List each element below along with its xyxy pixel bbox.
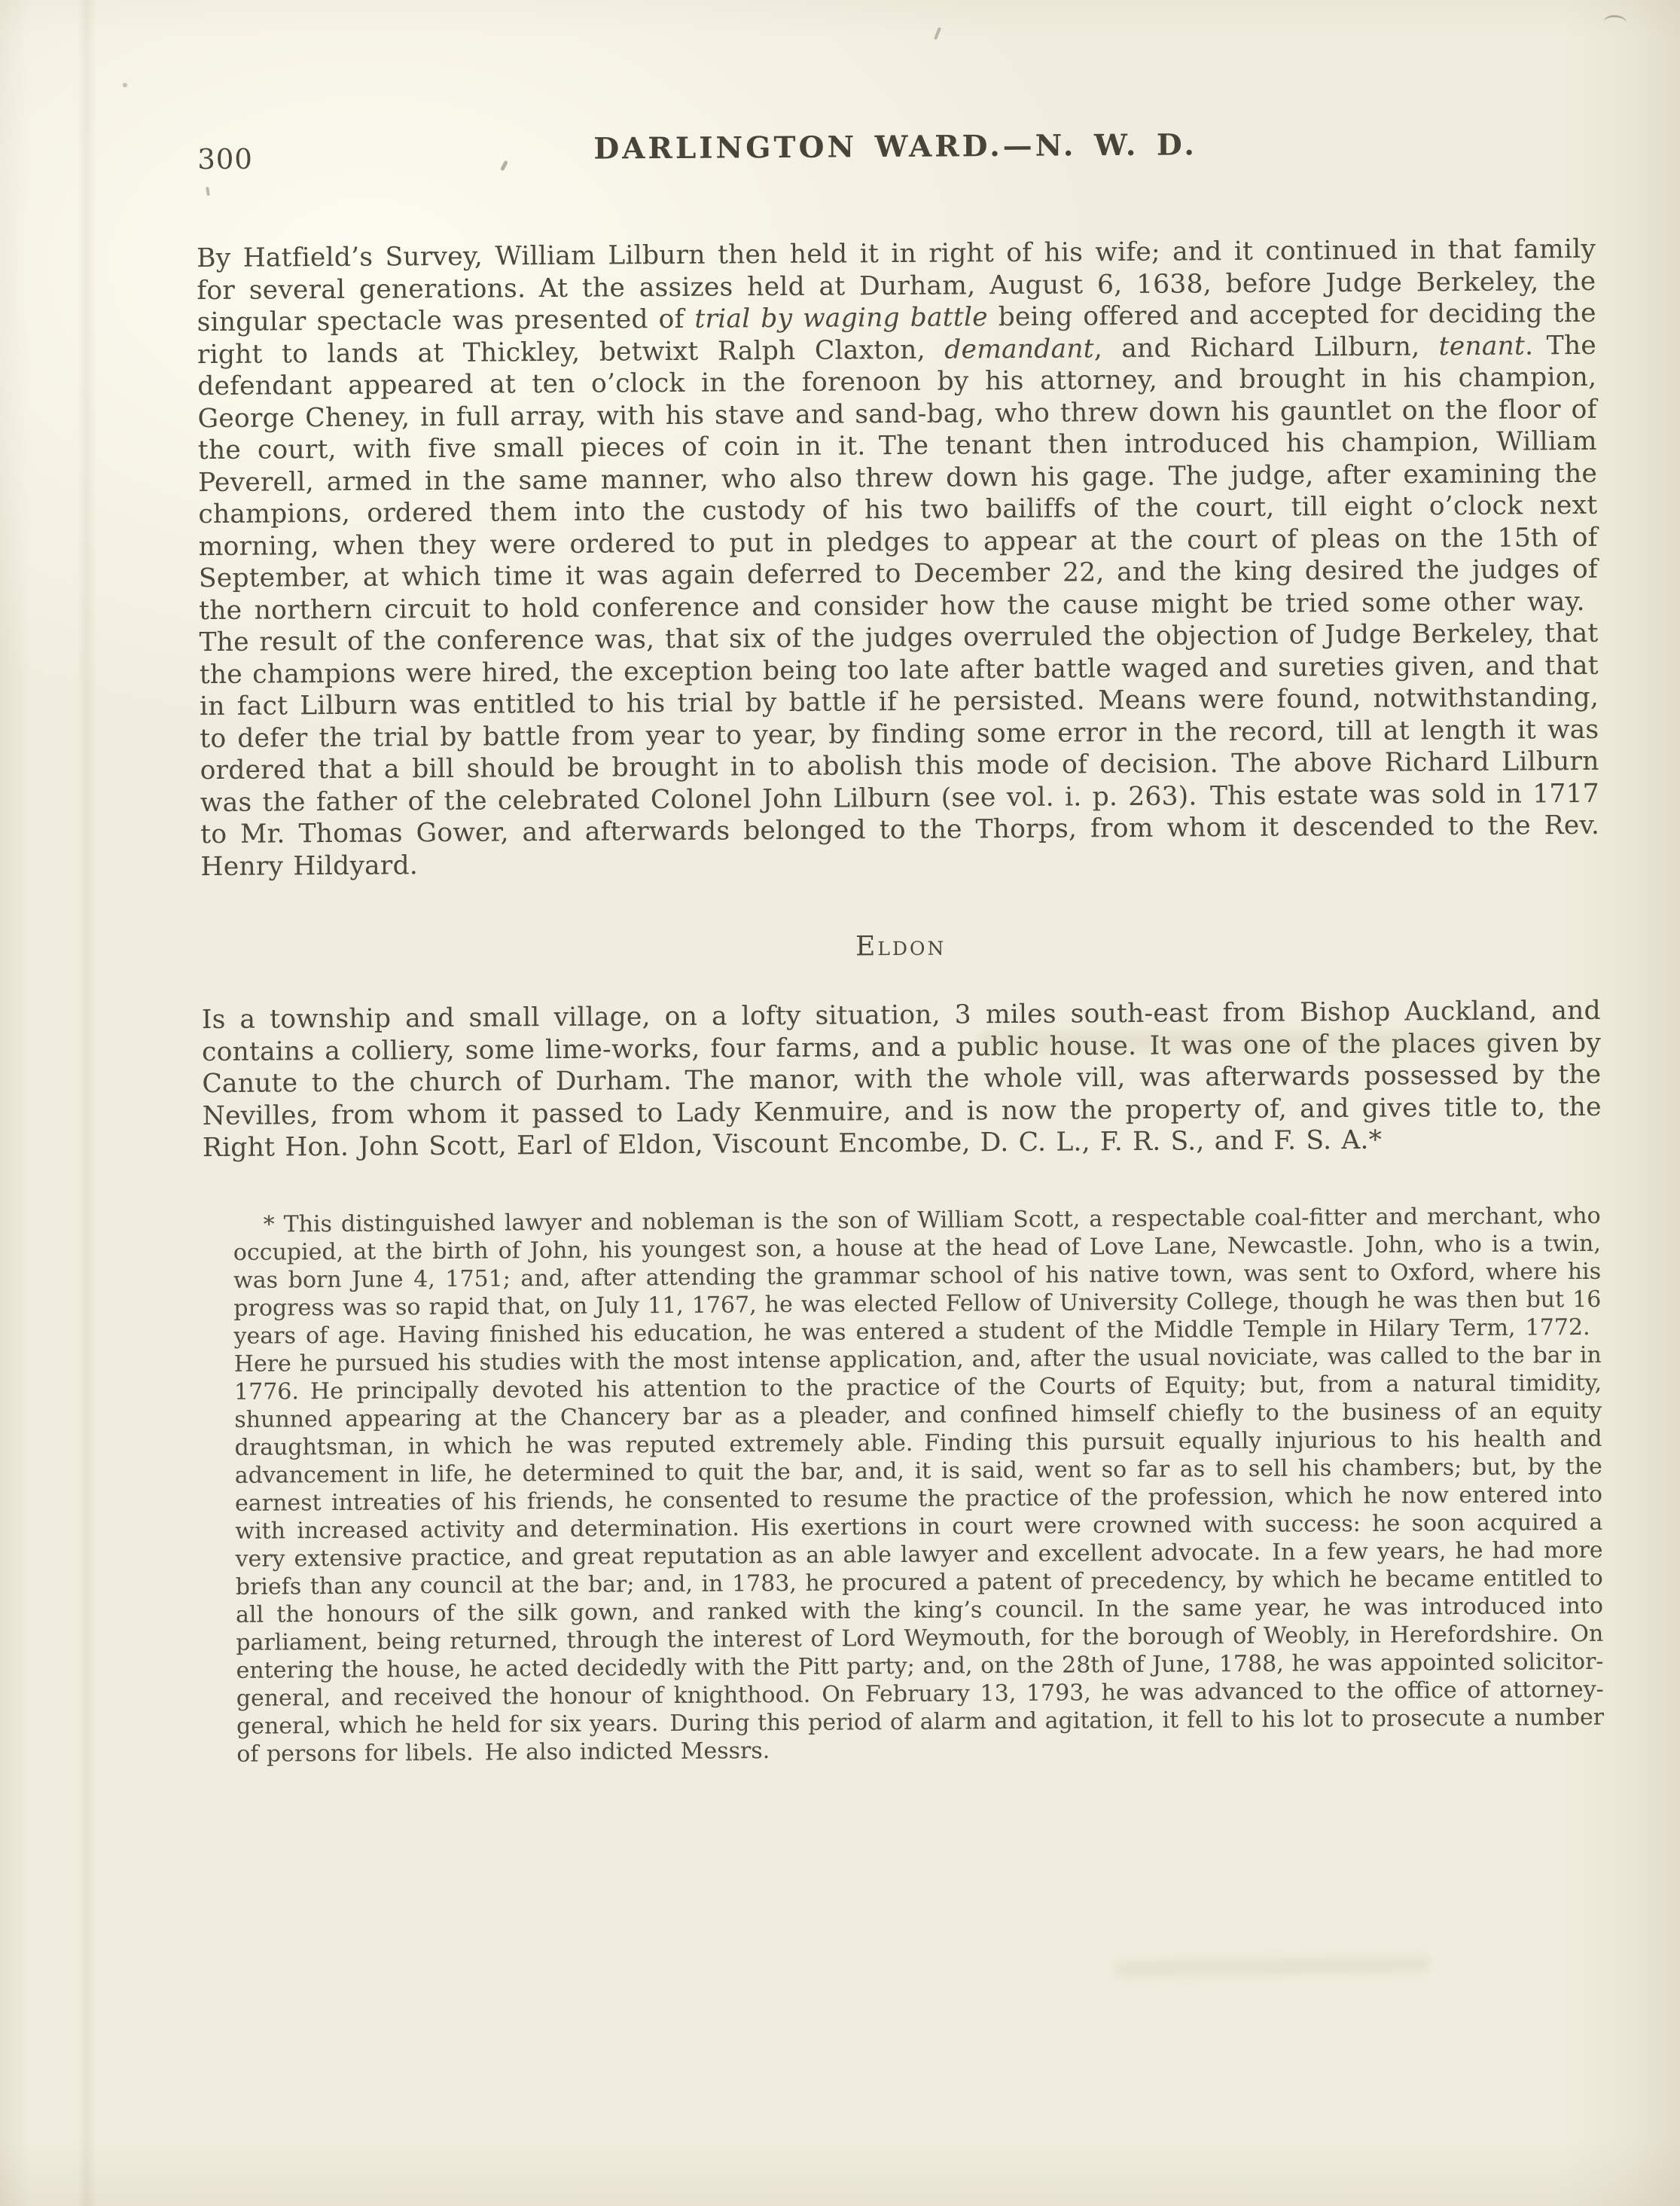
paragraph-thickley-trial-by-battle: By Hatfield’s Survey, William Lilburn th… bbox=[197, 233, 1600, 883]
running-header: DARLINGTON WARD.—N. W. D. bbox=[196, 125, 1595, 169]
footnote-eldon-biography: * This distinguished lawyer and nobleman… bbox=[233, 1201, 1605, 1768]
paragraph-text-segment-italic: tenant bbox=[1439, 331, 1526, 362]
paragraph-text-segment: , and Richard Lilburn, bbox=[1094, 331, 1439, 364]
scan-artifact-show-through bbox=[1114, 1955, 1431, 1977]
page-number: 300 bbox=[197, 143, 253, 175]
page-content: 300 DARLINGTON WARD.—N. W. D. By Hatfiel… bbox=[196, 125, 1605, 1768]
paper-crease bbox=[77, 0, 96, 2206]
scan-artifact-speck bbox=[123, 83, 127, 87]
paragraph-text-segment-italic: demandant bbox=[944, 334, 1094, 365]
paragraph-text-segment-italic: trial by waging battle bbox=[694, 302, 988, 334]
paragraph-eldon-township: Is a township and small village, on a lo… bbox=[202, 995, 1602, 1164]
paragraph-text-segment: . The defendant appeared at ten o’clock … bbox=[197, 330, 1599, 881]
scanned-book-page: 300 DARLINGTON WARD.—N. W. D. By Hatfiel… bbox=[0, 0, 1680, 2206]
scan-artifact-pen-mark bbox=[1604, 15, 1627, 29]
scan-artifact-speck bbox=[934, 27, 941, 40]
section-heading-eldon: Eldon bbox=[201, 926, 1600, 966]
page-masthead: 300 DARLINGTON WARD.—N. W. D. bbox=[196, 125, 1595, 181]
